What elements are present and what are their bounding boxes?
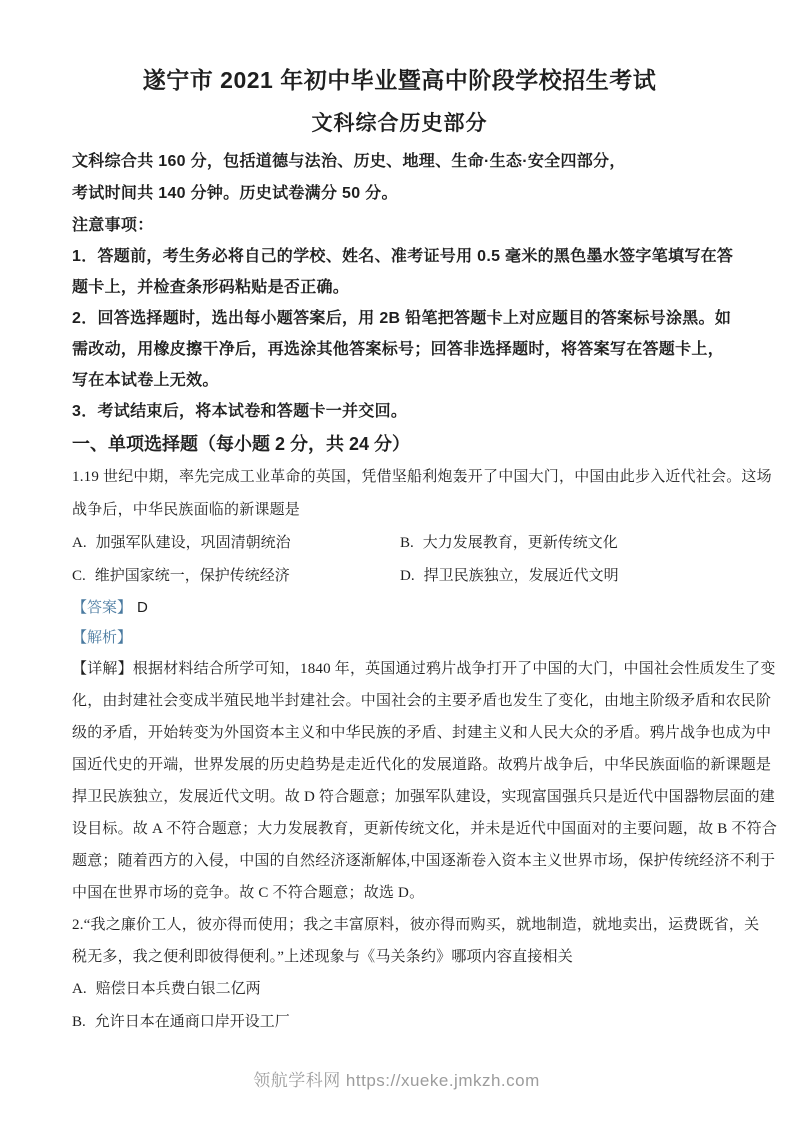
option-b-label: B. [400, 535, 414, 551]
question-1-options-row: C.维护国家统一，保护传统经济 D.捍卫民族独立，发展近代文明 [72, 560, 727, 593]
question-2-stem-line: 税无多，我之便利即彼得便利。”上述现象与《马关条约》哪项内容直接相关 [72, 941, 727, 973]
question-2: 2.“我之廉价工人，彼亦得而使用；我之丰富原料，彼亦得而购买，就地制造，就地卖出… [72, 909, 727, 1039]
detail-line: 中国在世界市场的竞争。故 C 不符合题意；故选 D。 [72, 877, 727, 909]
notice-item-3-line: 3．考试结束后，将本试卷和答题卡一并交回。 [72, 396, 727, 427]
notice-item-2-line: 2．回答选择题时，选出每小题答案后，用 2B 铅笔把答题卡上对应题目的答案标号涂… [72, 303, 727, 334]
detail-line: 【详解】根据材料结合所学可知，1840 年，英国通过鸦片战争打开了中国的大门，中… [72, 653, 727, 685]
page-subtitle: 文科综合历史部分 [72, 108, 727, 140]
analysis-row: 【解析】 [72, 623, 727, 653]
question-1-stem-line: 战争后，中华民族面临的新课题是 [72, 494, 727, 527]
detail-line: 国近代史的开端，世界发展的历史趋势是走近代化的发展道路。故鸦片战争后，中华民族面… [72, 749, 727, 781]
answer-row: 【答案】D [72, 593, 727, 623]
detail-line: 题意；随着西方的入侵，中国的自然经济逐渐解体,中国逐渐卷入资本主义世界市场，保护… [72, 845, 727, 877]
notice-item-2-line: 需改动，用橡皮擦干净后，再选涂其他答案标号；回答非选择题时，将答案写在答题卡上， [72, 334, 727, 365]
exam-intro: 文科综合共 160 分，包括道德与法治、历史、地理、生命·生态·安全四部分， 考… [72, 146, 727, 210]
page-content: 遂宁市 2021 年初中毕业暨高中阶段学校招生考试 文科综合历史部分 文科综合共… [0, 0, 793, 1039]
option-a-label: A. [72, 535, 87, 551]
option-b-text: 大力发展教育，更新传统文化 [423, 535, 618, 551]
notice-item-1-line: 题卡上，并检查条形码粘贴是否正确。 [72, 272, 727, 303]
option-c-text: 维护国家统一，保护传统经济 [95, 568, 290, 584]
option-d: D.捍卫民族独立，发展近代文明 [400, 560, 619, 593]
detail-line: 化，由封建社会变成半殖民地半封建社会。中国社会的主要矛盾也发生了变化，由地主阶级… [72, 685, 727, 717]
exam-document-page: 遂宁市 2021 年初中毕业暨高中阶段学校招生考试 文科综合历史部分 文科综合共… [0, 0, 793, 1122]
question-1-options-row: A.加强军队建设，巩固清朝统治 B.大力发展教育，更新传统文化 [72, 527, 727, 560]
option-b-label: B. [72, 1014, 86, 1030]
question-2-stem-line: 2.“我之廉价工人，彼亦得而使用；我之丰富原料，彼亦得而购买，就地制造，就地卖出… [72, 909, 727, 941]
option-b-text: 允许日本在通商口岸开设工厂 [95, 1014, 290, 1030]
detail-line: 捍卫民族独立，发展近代文明。故 D 符合题意；加强军队建设，实现富国强兵只是近代… [72, 781, 727, 813]
option-a: A.赔偿日本兵费白银二亿两 [72, 973, 261, 1006]
question-1: 1.19 世纪中期，率先完成工业革命的英国，凭借坚船利炮轰开了中国大门，中国由此… [72, 461, 727, 909]
intro-line: 考试时间共 140 分钟。历史试卷满分 50 分。 [72, 178, 727, 210]
option-a-label: A. [72, 981, 87, 997]
answer-label: 【答案】 [72, 600, 132, 616]
detail-line: 级的矛盾，开始转变为外国资本主义和中华民族的矛盾、封建主义和人民大众的矛盾。鸦片… [72, 717, 727, 749]
option-a: A.加强军队建设，巩固清朝统治 [72, 527, 400, 560]
question-2-option-b: B.允许日本在通商口岸开设工厂 [72, 1006, 727, 1039]
option-b: B.允许日本在通商口岸开设工厂 [72, 1006, 290, 1039]
page-title: 遂宁市 2021 年初中毕业暨高中阶段学校招生考试 [72, 62, 727, 98]
question-1-detail: 【详解】根据材料结合所学可知，1840 年，英国通过鸦片战争打开了中国的大门，中… [72, 653, 727, 909]
notice-section: 注意事项： 1．答题前，考生务必将自己的学校、姓名、准考证号用 0.5 毫米的黑… [72, 210, 727, 427]
option-d-text: 捍卫民族独立，发展近代文明 [424, 568, 619, 584]
option-c-label: C. [72, 568, 86, 584]
option-a-text: 加强军队建设，巩固清朝统治 [96, 535, 291, 551]
notice-heading: 注意事项： [72, 210, 727, 241]
option-b: B.大力发展教育，更新传统文化 [400, 527, 618, 560]
question-1-stem-line: 1.19 世纪中期，率先完成工业革命的英国，凭借坚船利炮轰开了中国大门，中国由此… [72, 461, 727, 494]
watermark-footer: 领航学科网 https://xueke.jmkzh.com [0, 1066, 793, 1091]
option-d-label: D. [400, 568, 415, 584]
answer-value: D [137, 599, 148, 616]
intro-line: 文科综合共 160 分，包括道德与法治、历史、地理、生命·生态·安全四部分， [72, 146, 727, 178]
analysis-label: 【解析】 [72, 630, 132, 646]
question-2-option-a: A.赔偿日本兵费白银二亿两 [72, 973, 727, 1006]
detail-line: 设目标。故 A 不符合题意；大力发展教育，更新传统文化，并未是近代中国面对的主要… [72, 813, 727, 845]
section-heading: 一、单项选择题（每小题 2 分，共 24 分） [72, 427, 727, 461]
option-a-text: 赔偿日本兵费白银二亿两 [96, 981, 261, 997]
notice-item-1-line: 1．答题前，考生务必将自己的学校、姓名、准考证号用 0.5 毫米的黑色墨水签字笔… [72, 241, 727, 272]
notice-item-2-line: 写在本试卷上无效。 [72, 365, 727, 396]
option-c: C.维护国家统一，保护传统经济 [72, 560, 400, 593]
